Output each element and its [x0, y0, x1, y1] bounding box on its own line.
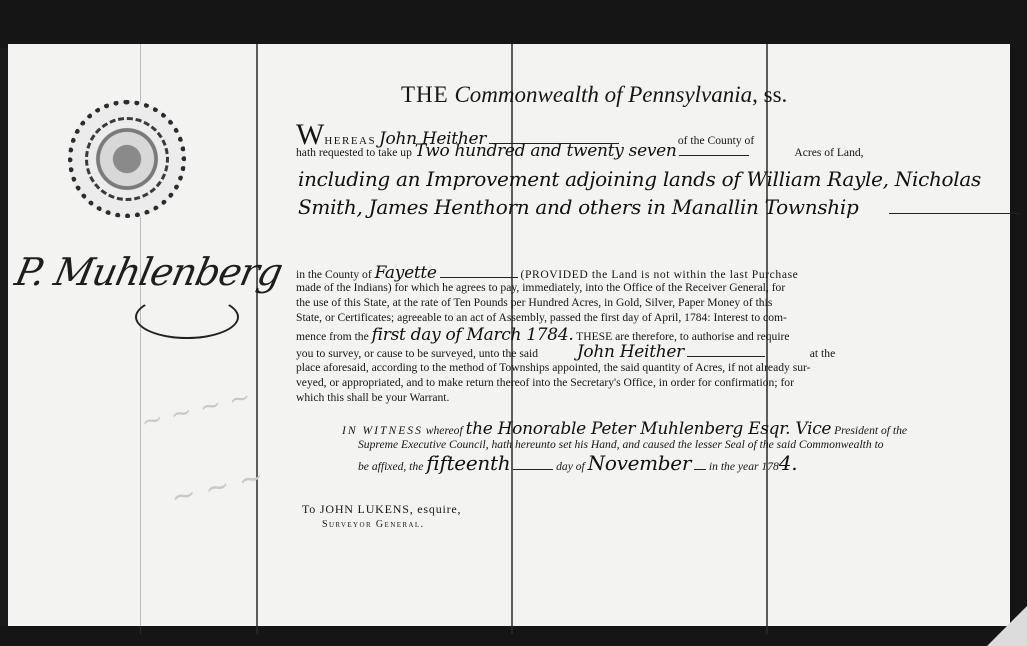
interest-date-line: mence from the first day of March 1784. … — [296, 328, 790, 344]
month-written: November — [588, 451, 691, 475]
county-name: Fayette — [375, 263, 437, 283]
scan-right-border — [1010, 0, 1027, 646]
signature-flourish — [135, 295, 239, 339]
surveyee-name: John Heither — [577, 342, 684, 362]
addressee-title: Surveyor General. — [322, 518, 424, 532]
description-line-2: Smith, James Henthorn and others in Mana… — [298, 200, 1019, 214]
addressee: To JOHN LUKENS, esquire, — [302, 502, 461, 516]
scan-bottom-border — [0, 626, 1027, 646]
description-line-1: including an Improvement adjoining lands… — [298, 172, 981, 186]
acres-line: hath requested to take up Two hundred an… — [296, 144, 864, 160]
scan-top-border — [0, 0, 1027, 48]
president-name: the Honorable Peter Muhlenberg Esqr. Vic… — [466, 419, 832, 439]
county-line: in the County of Fayette (PROVIDED the L… — [296, 266, 798, 282]
interest-date: first day of March 1784. — [372, 325, 574, 345]
state-seal-icon — [68, 100, 186, 218]
acres-amount: Two hundred and twenty seven — [415, 141, 677, 161]
document-title: THE Commonwealth of Pennsylvania, ss. — [401, 82, 787, 108]
day-written: fifteenth — [426, 451, 510, 475]
date-line: be affixed, the fifteenth day of Novembe… — [358, 456, 797, 474]
margin-signature: P. Muhlenberg — [11, 250, 286, 294]
page-curl — [987, 606, 1027, 646]
witness-line: IN WITNESS whereof the Honorable Peter M… — [342, 422, 907, 438]
survey-line: you to survey, or cause to be surveyed, … — [296, 345, 835, 361]
fold-line — [256, 44, 258, 634]
